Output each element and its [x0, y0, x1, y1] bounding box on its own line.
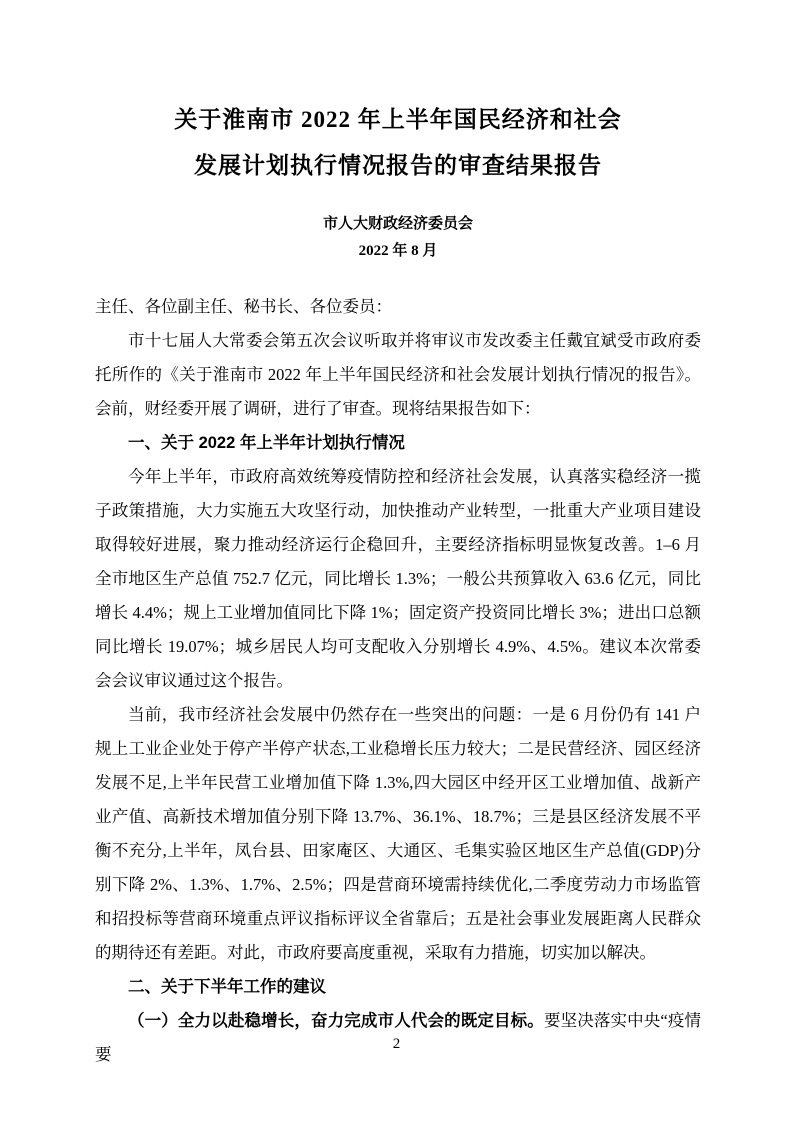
byline-date: 2022 年 8 月 — [95, 238, 701, 265]
document-page: 关于淮南市 2022 年上半年国民经济和社会 发展计划执行情况报告的审查结果报告… — [0, 0, 793, 1122]
paragraph-intro: 市十七届人大常委会第五次会议听取并将审议市发改委主任戴宜斌受市政府委托所作的《关… — [95, 324, 701, 426]
document-title-line-2: 发展计划执行情况报告的审查结果报告 — [95, 143, 701, 189]
page-number: 2 — [0, 1034, 793, 1054]
salutation: 主任、各位副主任、秘书长、各位委员： — [95, 290, 701, 324]
section-heading-2: 二、关于下半年工作的建议 — [95, 970, 701, 1004]
section-heading-1: 一、关于 2022 年上半年计划执行情况 — [95, 426, 701, 460]
suggestion-1-lead: （一）全力以赴稳增长，奋力完成市人代会的既定目标。 — [128, 1011, 544, 1030]
document-body: 主任、各位副主任、秘书长、各位委员： 市十七届人大常委会第五次会议听取并将审议市… — [95, 290, 701, 1072]
document-title: 关于淮南市 2022 年上半年国民经济和社会 发展计划执行情况报告的审查结果报告 — [95, 97, 701, 189]
byline: 市人大财政经济委员会 2022 年 8 月 — [95, 211, 701, 265]
byline-organization: 市人大财政经济委员会 — [95, 211, 701, 238]
paragraph-problems: 当前，我市经济社会发展中仍然存在一些突出的问题：一是 6 月份仍有 141 户规… — [95, 698, 701, 970]
document-title-line-1: 关于淮南市 2022 年上半年国民经济和社会 — [95, 97, 701, 143]
paragraph-achievements: 今年上半年，市政府高效统筹疫情防控和经济社会发展，认真落实稳经济一揽子政策措施，… — [95, 460, 701, 698]
